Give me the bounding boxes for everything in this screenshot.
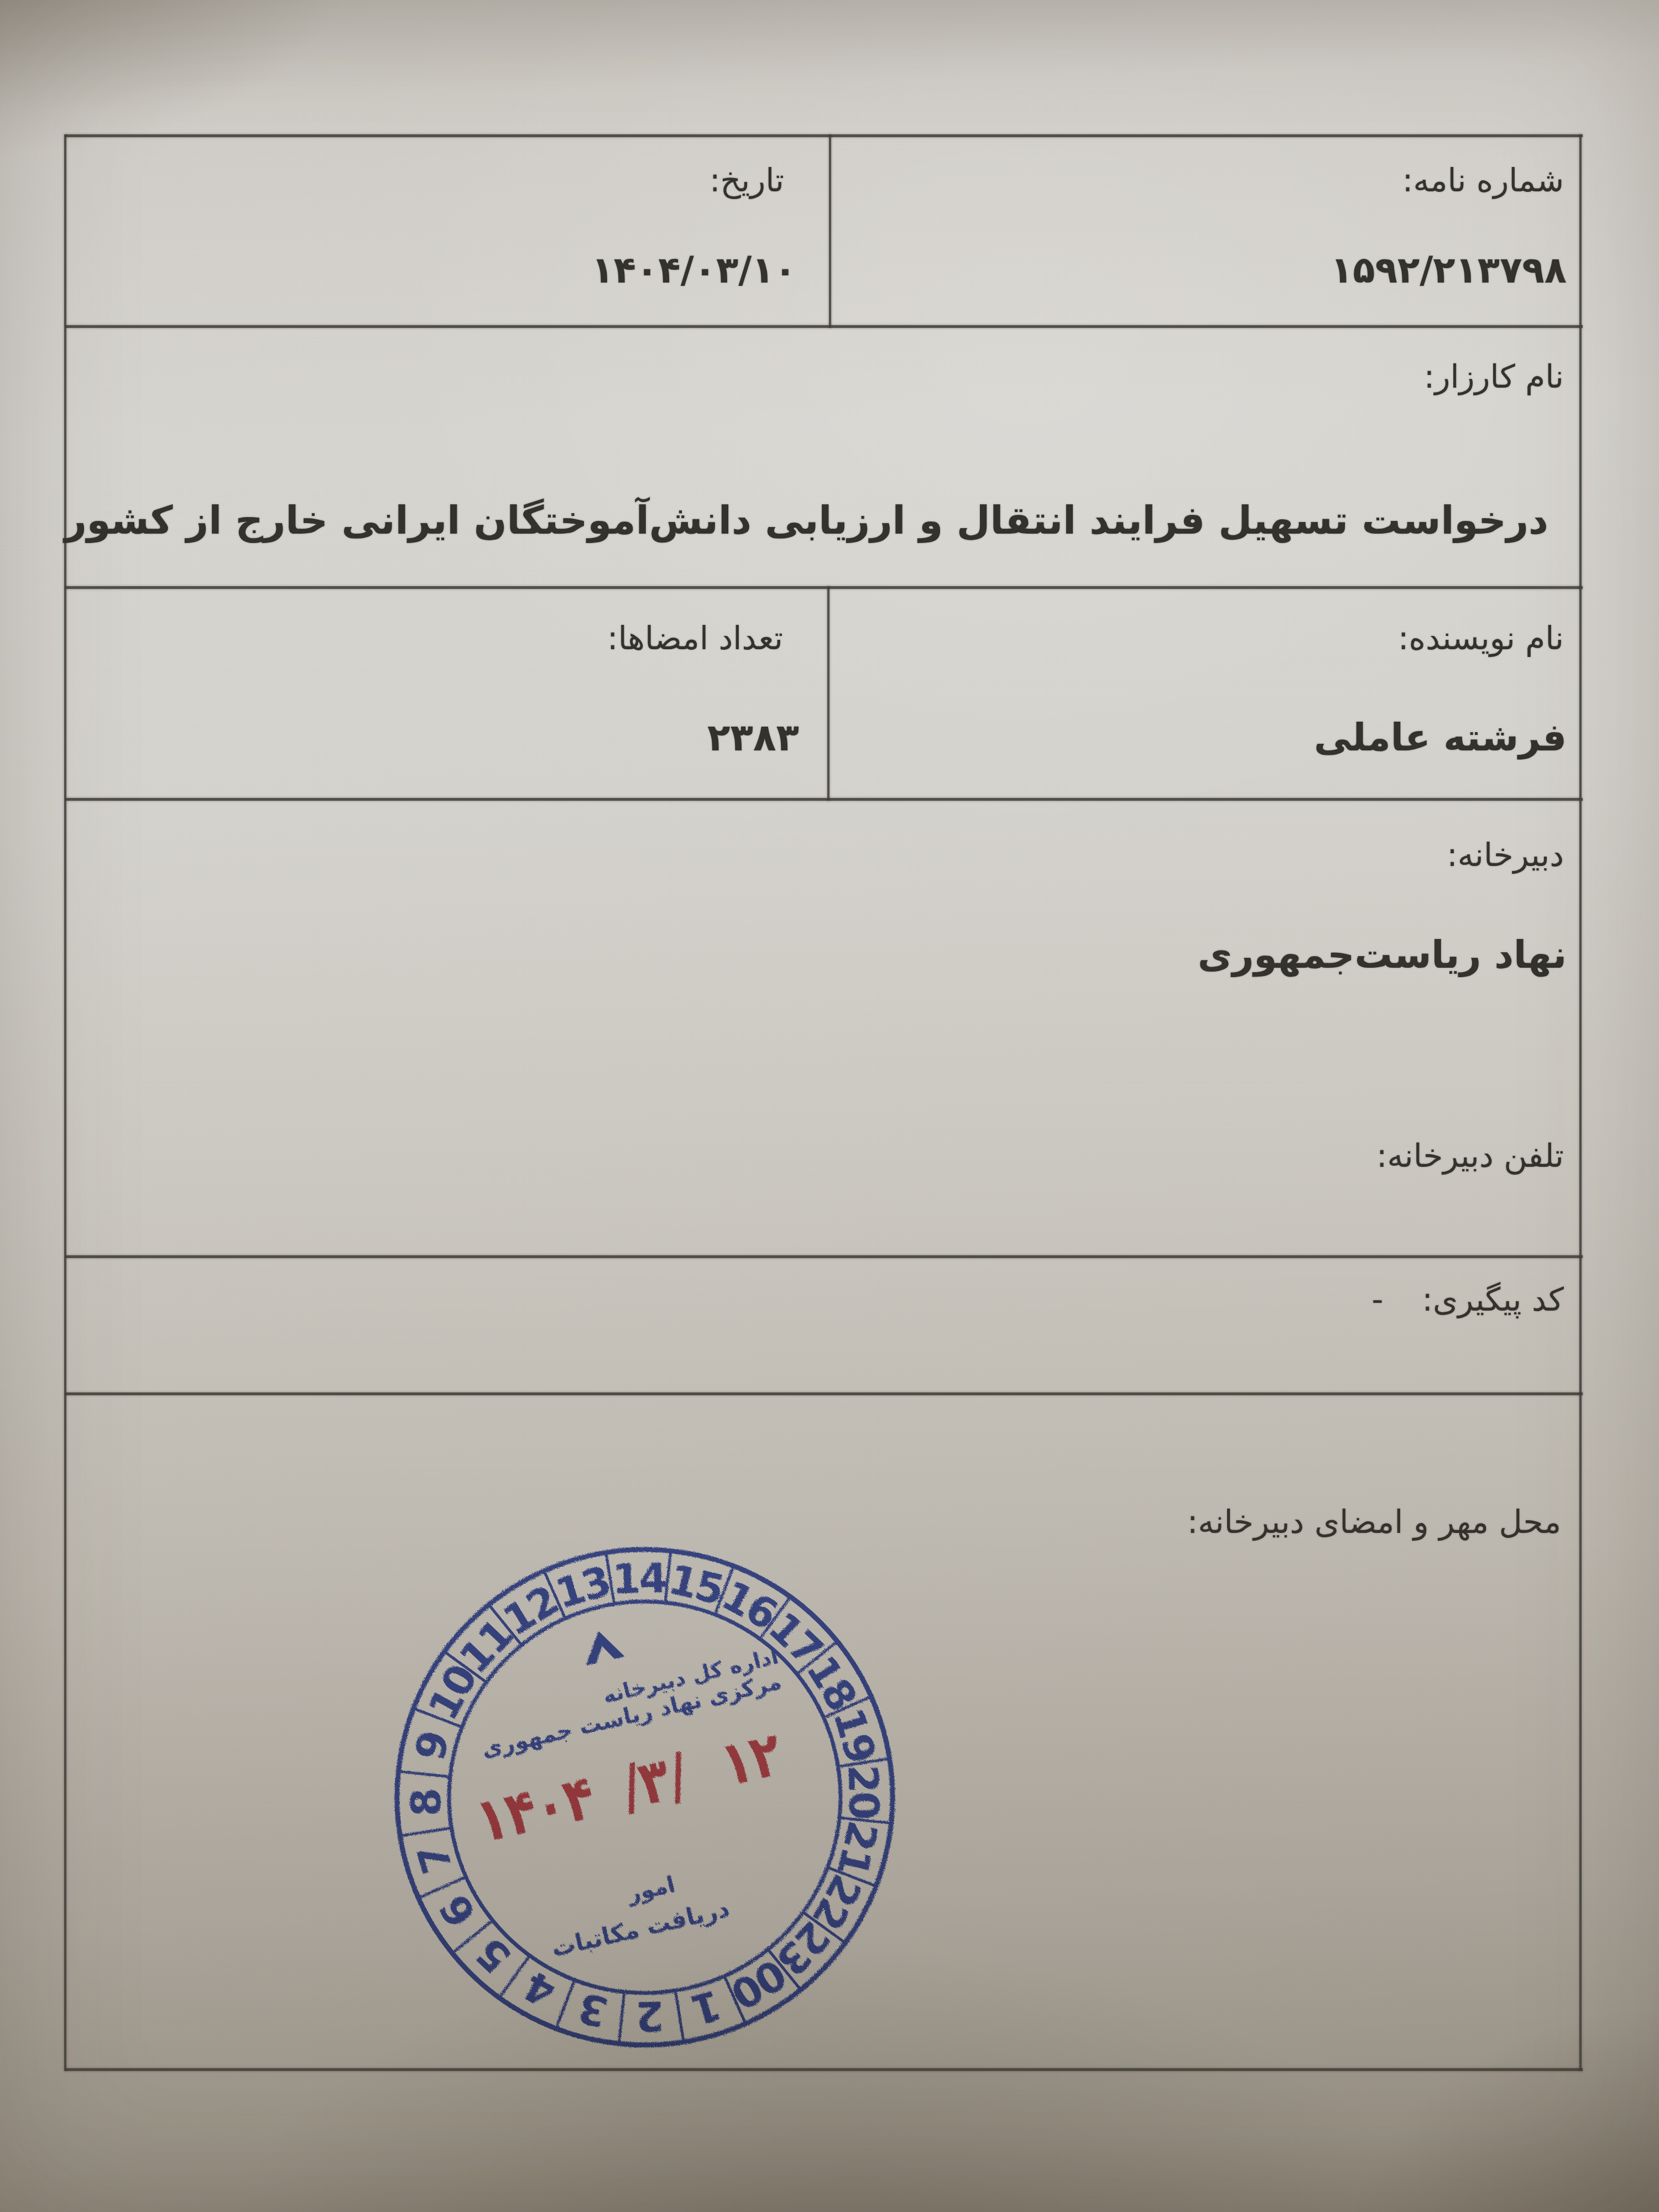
row-divider-4 xyxy=(65,1255,1583,1258)
tracking-code-label: کد پیگیری: xyxy=(1422,1281,1564,1318)
author-value: فرشته عاملی xyxy=(1314,714,1567,761)
letter-number-value: ۱۵۹۲/۲۱۳۷۹۸ xyxy=(1331,248,1567,294)
row-divider-2 xyxy=(65,586,1583,589)
secretariat-value: نهاد ریاست‌جمهوری xyxy=(1198,932,1567,979)
stamp-ring-hour-3: 3 xyxy=(575,1984,612,2036)
row-divider-3 xyxy=(65,798,1583,801)
stamp-ring-hour-8: 8 xyxy=(403,1789,451,1817)
col-divider-row1 xyxy=(829,134,831,328)
stamp-bottom-line2: دریافت مکاتبات xyxy=(549,1895,732,1963)
date-label: تاریخ: xyxy=(709,160,784,201)
col-divider-row3 xyxy=(827,586,830,801)
stamp-ring-hour-2: 2 xyxy=(637,1991,665,2039)
stamp-ring-divider xyxy=(619,1992,624,2043)
signatures-value: ۲۳۸۳ xyxy=(707,714,799,761)
stamp-area-label: محل مهر و امضای دبیرخانه: xyxy=(1187,1502,1561,1542)
stamp-date-separator: /۳/ xyxy=(615,1740,695,1823)
stamp-ring-hour-1: 1 xyxy=(687,1980,727,2033)
stamp-ring-divider xyxy=(556,1980,575,2028)
tracking-code-row: کد پیگیری:- xyxy=(1371,1280,1564,1320)
author-label: نام نویسنده: xyxy=(1398,618,1564,659)
stamp-ring-hour-5: 5 xyxy=(468,1929,520,1983)
row-divider-5 xyxy=(65,1392,1583,1395)
stamp-ring-hour-20: 20 xyxy=(839,1764,888,1819)
campaign-value: درخواست تسهیل فرایند انتقال و ارزیابی دا… xyxy=(111,498,1548,543)
signatures-label: تعداد امضاها: xyxy=(607,618,783,659)
secretariat-stamp: 151617181920212223001234567891011121314 … xyxy=(385,1537,905,2057)
stamp-ring-hour-9: 9 xyxy=(406,1728,458,1765)
secretariat-phone-label: تلفن دبیرخانه: xyxy=(1376,1136,1564,1176)
stamp-ring-hour-7: 7 xyxy=(409,1840,462,1879)
stamp-ring-hour-6: 6 xyxy=(431,1887,486,1935)
stamp-bottom-line1: امور xyxy=(624,1871,677,1907)
date-value: ۱۴۰۴/۰۳/۱۰ xyxy=(592,248,796,294)
stamp-emblem-icon xyxy=(579,1626,625,1666)
stamp-ring-divider xyxy=(398,1771,450,1777)
table-border-right-edge xyxy=(64,134,66,2071)
tracking-code-value: - xyxy=(1371,1280,1383,1320)
stamp-date-year: ۱۴۰۴ xyxy=(470,1762,602,1857)
stamp-date-day: ۱۲ xyxy=(714,1719,788,1801)
stamp-ring-divider xyxy=(400,1828,452,1836)
stamp-ring-divider xyxy=(419,1877,466,1898)
letter-number-label: شماره نامه: xyxy=(1402,160,1564,201)
row-divider-1 xyxy=(65,325,1583,328)
table-border-top xyxy=(65,134,1583,137)
secretariat-label: دبیرخانه: xyxy=(1447,835,1564,875)
table-border-left-edge xyxy=(1579,134,1582,2071)
stamp-ring-hour-14: 14 xyxy=(612,1554,667,1604)
photo-of-document: { "colors": { "ink": "#34322c", "table_l… xyxy=(0,0,1659,2212)
campaign-label: نام کارزار: xyxy=(1424,357,1564,397)
table-border-bottom xyxy=(65,2068,1583,2071)
stamp-ring-divider xyxy=(675,1991,684,2042)
